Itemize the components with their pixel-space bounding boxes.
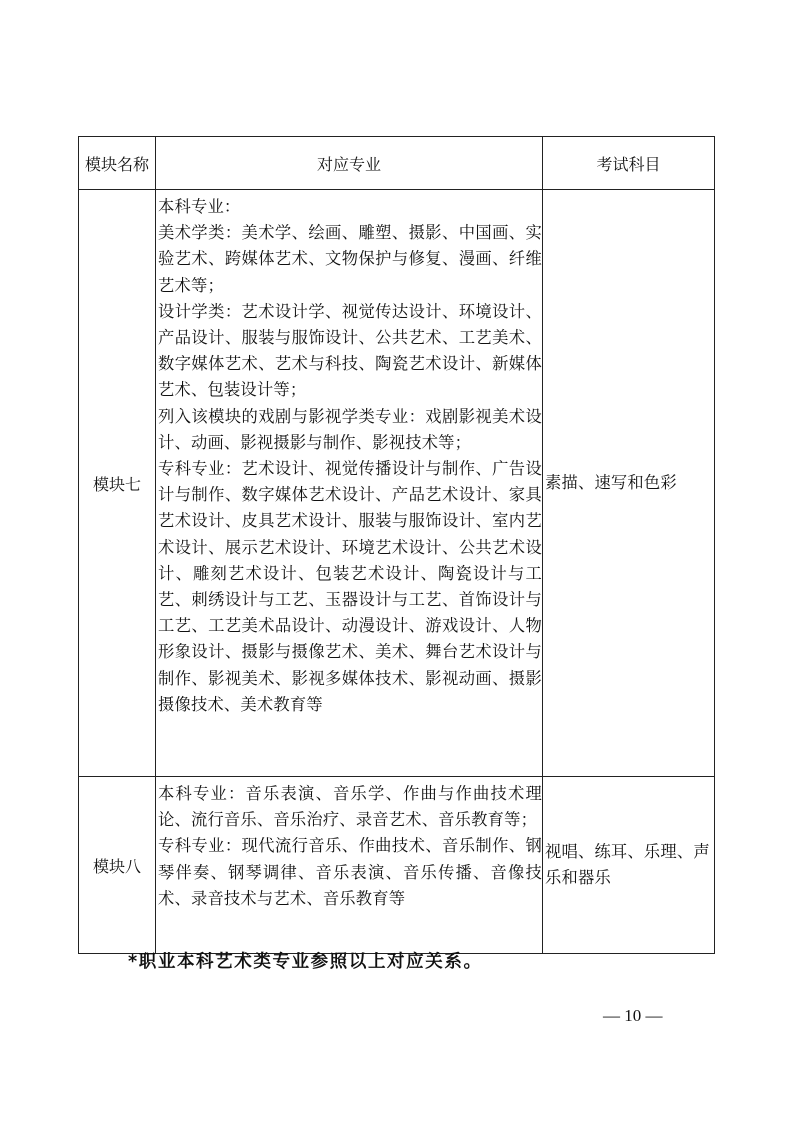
- majors-paragraph: 本科专业：音乐表演、音乐学、作曲与作曲技术理论、流行音乐、音乐治疗、录音艺术、音…: [158, 781, 542, 833]
- exam-subjects: 素描、速写和色彩: [543, 190, 715, 777]
- module-name: 模块八: [79, 777, 156, 954]
- majors-paragraph: 本科专业：: [158, 194, 542, 220]
- module-name: 模块七: [79, 190, 156, 777]
- footnote: *职业本科艺术类专业参照以上对应关系。: [128, 948, 483, 973]
- majors-cell: 本科专业： 美术学类：美术学、绘画、雕塑、摄影、中国画、实验艺术、跨媒体艺术、文…: [156, 190, 543, 777]
- major-subject-table: 模块名称 对应专业 考试科目 模块七 本科专业： 美术学类：美术学、绘画、雕塑、…: [78, 136, 715, 954]
- majors-paragraph: 列入该模块的戏剧与影视学类专业：戏剧影视美术设计、动画、影视摄影与制作、影视技术…: [158, 404, 542, 456]
- header-subjects: 考试科目: [543, 137, 715, 190]
- exam-subjects: 视唱、练耳、乐理、声乐和器乐: [543, 777, 715, 954]
- header-module-name: 模块名称: [79, 137, 156, 190]
- table-header-row: 模块名称 对应专业 考试科目: [79, 137, 715, 190]
- table-row: 模块八 本科专业：音乐表演、音乐学、作曲与作曲技术理论、流行音乐、音乐治疗、录音…: [79, 777, 715, 954]
- majors-paragraph: 美术学类：美术学、绘画、雕塑、摄影、中国画、实验艺术、跨媒体艺术、文物保护与修复…: [158, 220, 542, 299]
- page-number: — 10 —: [603, 1006, 663, 1026]
- majors-cell: 本科专业：音乐表演、音乐学、作曲与作曲技术理论、流行音乐、音乐治疗、录音艺术、音…: [156, 777, 543, 954]
- majors-paragraph: 专科专业：艺术设计、视觉传播设计与制作、广告设计与制作、数字媒体艺术设计、产品艺…: [158, 456, 542, 718]
- majors-paragraph: 设计学类：艺术设计学、视觉传达设计、环境设计、产品设计、服装与服饰设计、公共艺术…: [158, 299, 542, 404]
- table-row: 模块七 本科专业： 美术学类：美术学、绘画、雕塑、摄影、中国画、实验艺术、跨媒体…: [79, 190, 715, 777]
- majors-paragraph: 专科专业：现代流行音乐、作曲技术、音乐制作、钢琴伴奏、钢琴调律、音乐表演、音乐传…: [158, 833, 542, 912]
- header-majors: 对应专业: [156, 137, 543, 190]
